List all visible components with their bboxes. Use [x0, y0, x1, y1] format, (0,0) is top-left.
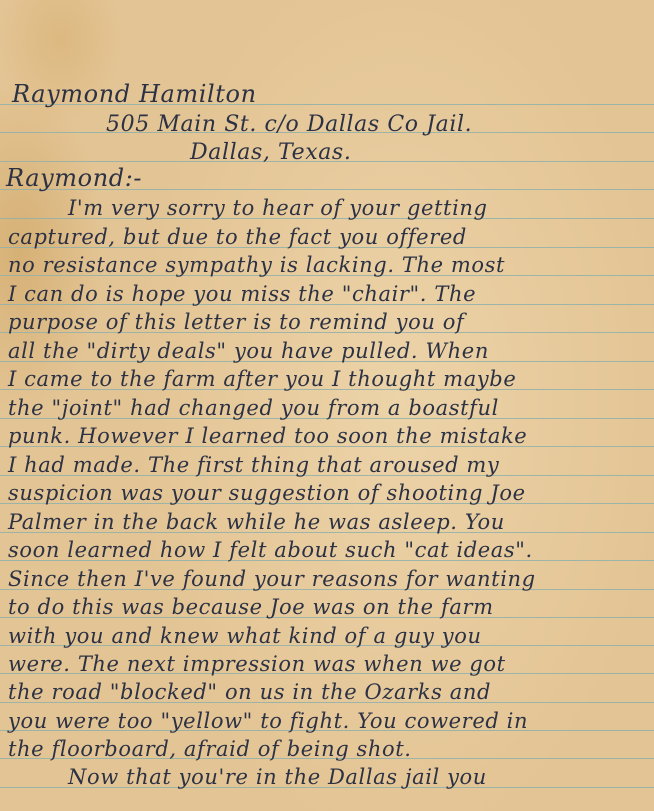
body-line: captured, but due to the fact you offere…	[8, 227, 654, 248]
recipient-name: Raymond Hamilton	[12, 82, 654, 106]
body-line: the road "blocked" on us in the Ozarks a…	[8, 682, 654, 703]
body-line: purpose of this letter is to remind you …	[8, 312, 654, 333]
body-line: Palmer in the back while he was asleep. …	[8, 512, 654, 533]
recipient-city: Dallas, Texas.	[190, 142, 654, 164]
body-line: the floorboard, afraid of being shot.	[8, 739, 654, 760]
body-line: I had made. The first thing that aroused…	[8, 455, 654, 476]
body-line: soon learned how I felt about such "cat …	[8, 540, 654, 561]
body-line: no resistance sympathy is lacking. The m…	[8, 255, 654, 276]
body-line: were. The next impression was when we go…	[8, 654, 654, 675]
body-line: I'm very sorry to hear of your getting	[68, 198, 654, 219]
body-line: punk. However I learned too soon the mis…	[8, 426, 654, 447]
body-line: Now that you're in the Dallas jail you	[68, 767, 654, 788]
body-line: I can do is hope you miss the "chair". T…	[8, 284, 654, 305]
body-line: the "joint" had changed you from a boast…	[8, 398, 654, 419]
body-line: suspicion was your suggestion of shootin…	[8, 483, 654, 504]
body-line: to do this was because Joe was on the fa…	[8, 597, 654, 618]
recipient-street: 505 Main St. c/o Dallas Co Jail.	[106, 114, 654, 136]
handwritten-letter-page: Raymond Hamilton 505 Main St. c/o Dallas…	[0, 0, 654, 811]
body-line: Since then I've found your reasons for w…	[8, 569, 654, 590]
salutation: Raymond:-	[6, 166, 654, 190]
body-line: all the "dirty deals" you have pulled. W…	[8, 341, 654, 362]
body-line: I came to the farm after you I thought m…	[8, 369, 654, 390]
body-line: you were too "yellow" to fight. You cowe…	[8, 711, 654, 732]
body-line: with you and knew what kind of a guy you	[8, 626, 654, 647]
